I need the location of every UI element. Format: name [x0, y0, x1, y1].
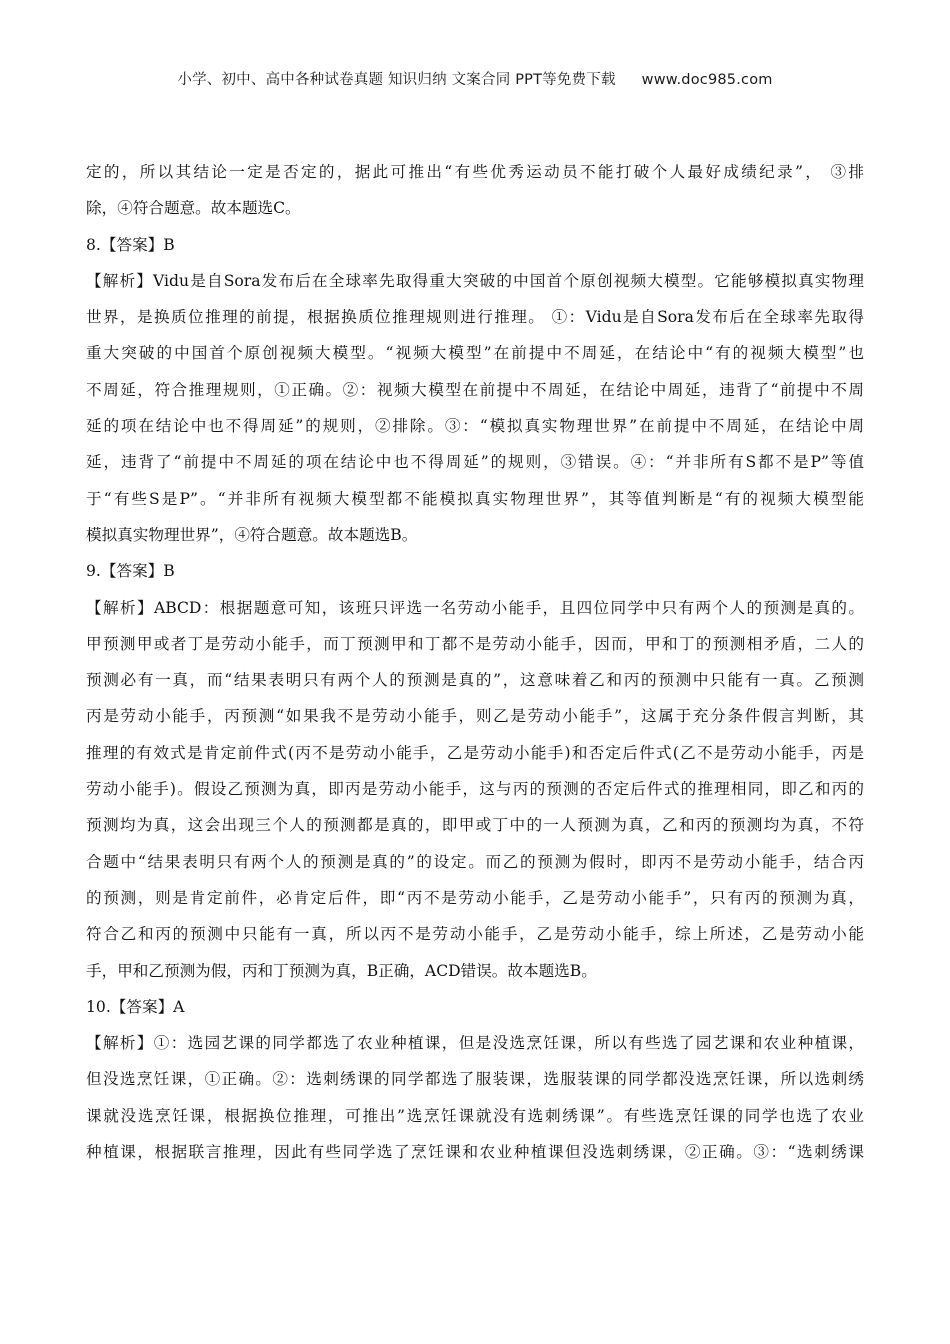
text-line: 模拟真实物理世界”，④符合题意。故本题选B。: [86, 517, 864, 553]
text-line: 重大突破的中国首个原创视频大模型。“视频大模型”在前提中不周延，在结论中“有的视…: [86, 335, 864, 371]
answer-explanation-body: 定的，所以其结论一定是否定的，据此可推出“有些优秀运动员不能打破个人最好成绩纪录…: [86, 154, 864, 1170]
answer-heading-8: 8.【答案】B: [86, 227, 864, 263]
text-line: 【解析】Vidu是自Sora发布后在全球率先取得重大突破的中国首个原创视频大模型…: [86, 263, 864, 299]
answer-heading-9: 9.【答案】B: [86, 553, 864, 589]
text-line: 丙是劳动小能手，丙预测“如果我不是劳动小能手，则乙是劳动小能手”，这属于充分条件…: [86, 698, 864, 734]
text-line: 甲预测甲或者丁是劳动小能手，而丁预测甲和丁都不是劳动小能手，因而，甲和丁的预测相…: [86, 626, 864, 662]
answer-heading-10: 10.【答案】A: [86, 989, 864, 1025]
text-line: 延的项在结论中也不得周延”的规则，②排除。③：“模拟真实物理世界”在前提中不周延…: [86, 408, 864, 444]
text-line: 延，违背了“前提中不周延的项在结论中也不得周延”的规则，③错误。④：“并非所有S…: [86, 444, 864, 480]
text-line: 手，甲和乙预测为假，丙和丁预测为真，B正确，ACD错误。故本题选B。: [86, 953, 864, 989]
text-line: 【解析】①：选园艺课的同学都选了农业种植课，但是没选烹饪课，所以有些选了园艺课和…: [86, 1025, 864, 1061]
text-line: 不周延，符合推理规则，①正确。②：视频大模型在前提中不周延，在结论中周延，违背了…: [86, 372, 864, 408]
text-line: 合题中“结果表明只有两个人的预测是真的”的设定。而乙的预测为假时，即丙不是劳动小…: [86, 844, 864, 880]
text-line: 世界，是换质位推理的前提，根据换质位推理规则进行推理。 ①：Vidu是自Sora…: [86, 299, 864, 335]
text-line: 预测必有一真，而“结果表明只有两个人的预测是真的”，这意味着乙和丙的预测中只能有…: [86, 662, 864, 698]
text-line: 种植课，根据联言推理，因此有些同学选了烹饪课和农业种植课但没选刺绣课，②正确。③…: [86, 1134, 864, 1170]
text-line: 推理的有效式是肯定前件式(丙不是劳动小能手，乙是劳动小能手)和否定后件式(乙不是…: [86, 735, 864, 771]
header-promo-text: 小学、初中、高中各种试卷真题 知识归纳 文案合同 PPT等免费下载: [177, 72, 615, 88]
text-line: 定的，所以其结论一定是否定的，据此可推出“有些优秀运动员不能打破个人最好成绩纪录…: [86, 154, 864, 190]
text-line: 课就没选烹饪课，根据换位推理，可推出”选烹饪课就没有选刺绣课”。有些选烹饪课的同…: [86, 1098, 864, 1134]
text-line: 的预测，则是肯定前件，必肯定后件，即“丙不是劳动小能手，乙是劳动小能手”，只有丙…: [86, 880, 864, 916]
text-line: 符合乙和丙的预测中只能有一真，所以丙不是劳动小能手，乙是劳动小能手，综上所述，乙…: [86, 916, 864, 952]
page-header: 小学、初中、高中各种试卷真题 知识归纳 文案合同 PPT等免费下载www.doc…: [0, 68, 950, 89]
text-line: 预测均为真，这会出现三个人的预测都是真的，即甲或丁中的一人预测为真，乙和丙的预测…: [86, 807, 864, 843]
text-line: 除，④符合题意。故本题选C。: [86, 190, 864, 226]
text-line: 但没选烹饪课，①正确。②：选刺绣课的同学都选了服装课，选服装课的同学都没选烹饪课…: [86, 1061, 864, 1097]
header-url: www.doc985.com: [642, 72, 773, 88]
text-line: 于“有些S是P”。“并非所有视频大模型都不能模拟真实物理世界”，其等值判断是“有…: [86, 481, 864, 517]
text-line: 劳动小能手)。假设乙预测为真，即丙是劳动小能手，这与丙的预测的否定后件式的推理相…: [86, 771, 864, 807]
text-line: 【解析】ABCD：根据题意可知，该班只评选一名劳动小能手，且四位同学中只有两个人…: [86, 590, 864, 626]
